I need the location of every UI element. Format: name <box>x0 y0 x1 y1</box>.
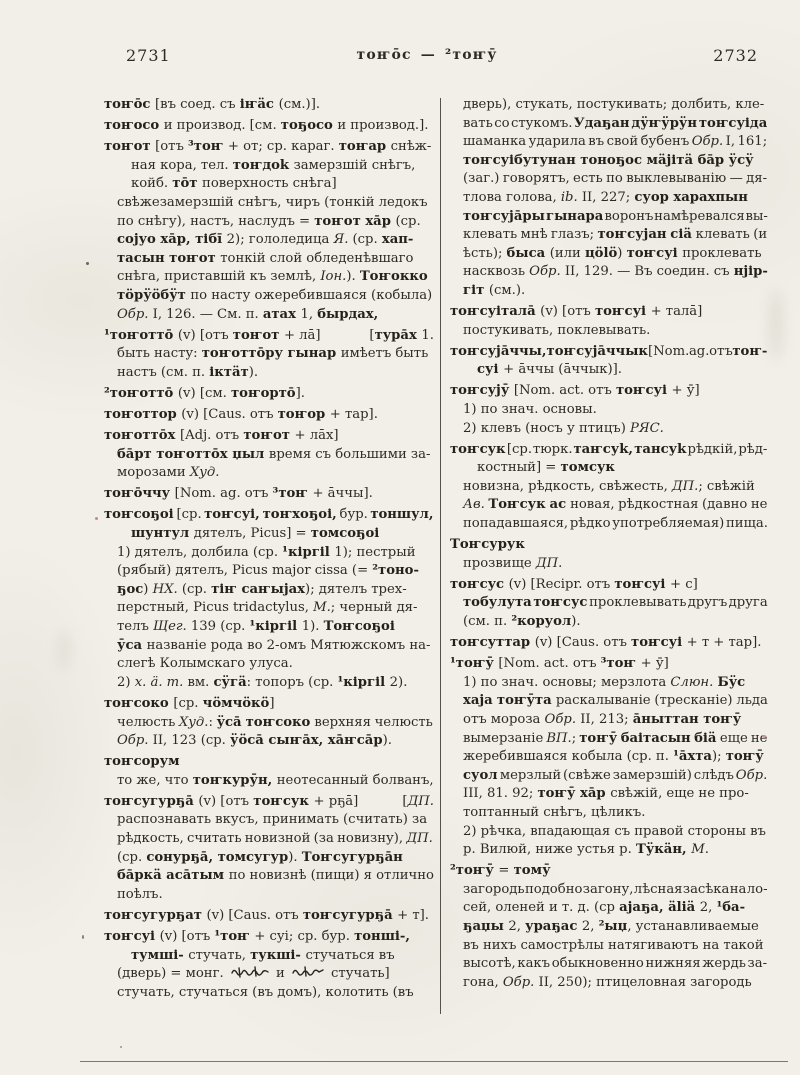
scan-speck <box>95 517 98 520</box>
text-line: тумші- стучать, тукші- стучаться въ <box>104 947 434 966</box>
catchword: [ДП. <box>402 793 434 812</box>
dictionary-entry-line: тоҥсус (v) [Recipr. отъ тоҥсуі + с] <box>450 576 768 595</box>
text-line: то же, что тоҥкурӯн, неотесанный болванъ… <box>104 772 434 791</box>
text-line: (заг.) говорятъ, есть по выклевыванію — … <box>450 170 768 189</box>
dictionary-entry-line: тоҥо̄ччу [Nom. ag. отъ ³тоҥ + а̄ччы]. <box>104 485 434 504</box>
text-line: свѣжезамерзшій снѣгъ, чиръ (тонкій ледок… <box>104 194 434 213</box>
text-line: шунтул дятелъ, Picus] = томсоҕоі <box>104 525 434 544</box>
text-line: ӯса названіе рода во 2-омъ Мятюжскомъ на… <box>104 637 434 656</box>
dictionary-entry-line: тоҥотто̄х [Adj. отъ тоҥот + ла̄х] <box>104 427 434 446</box>
text-line: тасын тоҥот тонкій слой обледенѣвшаго <box>104 250 434 269</box>
dictionary-entry-line: тоҥсуттар (v) [Caus. отъ тоҥсуі + т + та… <box>450 634 768 653</box>
text-line: жеребившаяся кобыла (ср. п. ¹а̄хта); тоҥ… <box>450 748 768 767</box>
dictionary-entry-line: ²тоҥӯ = томӯ <box>450 862 768 881</box>
text-columns: тоҥо̄с [въ соед. съ іҥӓс (см.)].тоҥосо и… <box>104 96 768 1014</box>
dictionary-entry-line: тоҥосо и производ. [см. тоҕосо и произво… <box>104 117 434 136</box>
text-line: высотѣ, какъ обыкновенно нижняя жердь за… <box>450 955 768 974</box>
text-line: (рябый) дятелъ, Picus major cissa (= ²то… <box>104 562 434 581</box>
scan-stain <box>768 290 784 360</box>
text-line: дверь), стукать, постукивать; долбить, к… <box>450 96 768 115</box>
column-divider <box>440 98 441 1014</box>
text-line: прозвище ДП. <box>450 555 768 574</box>
text-line: настъ (см. п. іктӓт). <box>104 364 434 383</box>
page-number-left: 2731 <box>126 46 171 65</box>
text-line: снѣга, приставшій къ землѣ, Іон.). Тоҥок… <box>104 268 434 287</box>
page-number-right: 2732 <box>713 46 758 65</box>
dictionary-entry-line: ²тоҥотто̄ (v) [см. тоҥорто̄]. <box>104 385 434 404</box>
text-line: быть насту: тоҥотто̄ру гынар имѣетъ быть <box>104 345 434 364</box>
scan-stain <box>58 630 70 670</box>
text-line: вымерзаніе ВП.; тоҥӯ баітасын біӓ еще не <box>450 730 768 749</box>
dictionary-entry-line: ¹тоҥотто̄ (v) [отъ тоҥот + ла̄][тура̄х 1… <box>104 327 434 346</box>
text-line: шаманка ударила въ свой бубенъ Обр. I, 1… <box>450 133 768 152</box>
text-line: попадавшаяся, рѣдко употребляемая) пища. <box>450 515 768 534</box>
column-left: тоҥо̄с [въ соед. съ іҥӓс (см.)].тоҥосо и… <box>104 96 434 1014</box>
text-line: ѣсть); быса (или цӧlӧ) тоҥсуі проклевать <box>450 245 768 264</box>
text-line: клевать мнѣ глазъ; тоҥсуjан сіӓ клевать … <box>450 226 768 245</box>
text-line: ная кора, тел. тоҥдоk замерзшій снѣгъ, <box>104 157 434 176</box>
text-line: въ нихъ самострѣлы натягиваютъ на такой <box>450 937 768 956</box>
text-line: ҕос) НХ. (ср. тіҥ саҥыjах); дятелъ трех- <box>104 581 434 600</box>
text-line: гона, Обр. II, 250); птицеловная загород… <box>450 974 768 993</box>
dictionary-entry-line: тоҥсоҕоі [ср. тоҥсуі, тоҥхоҕоі, бур. тон… <box>104 506 434 525</box>
text-line: III, 81. 92; тоҥӯ ха̄р свѣжій, еще не пр… <box>450 785 768 804</box>
text-line: хаjа тоҥӯта раскалываніе (тресканіе) льд… <box>450 692 768 711</box>
text-line: р. Вилюй, ниже устья р. Тӱкӓн, М. <box>450 841 768 860</box>
text-line: 2) рѣчка, впадающая съ правой стороны въ <box>450 823 768 842</box>
dictionary-entry-line: тоҥсоко [ср. чӧмчӧкӧ] <box>104 695 434 714</box>
dictionary-entry-line: тоҥот [отъ ³тоҥ + от; ср. караг. тоҥар с… <box>104 138 434 157</box>
text-line: ба̄рт тоҥотто̄х џыл время съ большими за… <box>104 446 434 465</box>
text-line: новизна, рѣдкость, свѣжесть, ДП.; свѣжій <box>450 478 768 497</box>
text-line: Обр. I, 126. — См. п. атах 1, бырдах, <box>104 306 434 325</box>
scan-speck <box>86 262 89 265</box>
text-line: телъ Щег. 139 (ср. ¹кіргіl 1). Тоҥсоҕоі <box>104 618 434 637</box>
text-line: рѣдкость, считать новизной (за новизну),… <box>104 830 434 849</box>
dictionary-entry-line: тоҥсуjӯ [Nom. act. отъ тоҥсуі + ӯ] <box>450 382 768 401</box>
text-line: тлова голова, ib. II, 227; суор харахпын <box>450 189 768 208</box>
page-header: 2731 тоҥо̄с — ²тоҥӯ 2732 <box>96 46 758 68</box>
text-line: тӧрӱӧбӱт по насту ожеребившаяся (кобыла) <box>104 287 434 306</box>
text-line: 1) по знач. основы. <box>450 401 768 420</box>
text-line: челюсть Худ.: ӱса̄ тоҥсоко верхняя челюс… <box>104 714 434 733</box>
text-line: вать со стукомъ. Удаҕан дӱҥӱрӱн тоҥсуіда <box>450 115 768 134</box>
text-line: (см. п. ²коруол). <box>450 613 768 632</box>
text-line: суол мерзлый (свѣже замерзшій) слѣдъ Обр… <box>450 767 768 786</box>
text-line: (ср. сонурҕа̄, томсугур). Тоҥсугурҕа̄н <box>104 849 434 868</box>
text-line: (дверь) = монг. и стучать] <box>104 965 434 984</box>
text-line: стучать, стучаться (въ домъ), колотить (… <box>104 984 434 1003</box>
text-line: тоҥсуібутунан тоноҕос мӓjітӓ ба̄р ӱсӱ <box>450 152 768 171</box>
text-line: 2) клевъ (носъ у птицъ) РЯС. <box>450 420 768 439</box>
text-line: 1) по знач. основы; мерзлота Слюн. Бӱс <box>450 674 768 693</box>
text-line: 2) х. ӓ. т. вм. сӱгӓ: топоръ (ср. ¹кіргі… <box>104 674 434 693</box>
dictionary-entry-line: Тоҥсурук <box>450 536 768 555</box>
text-line: сей, оленей и т. д. (ср аjаҕа, ӓliӓ 2, ¹… <box>450 899 768 918</box>
text-line: костный] = томсук <box>450 459 768 478</box>
text-line: отъ мороза Обр. II, 213; а̄ныттан тоҥӯ <box>450 711 768 730</box>
text-line: Ав. Тоҥсук ас новая, рѣдкостная (давно н… <box>450 496 768 515</box>
text-line: морозами Худ. <box>104 464 434 483</box>
text-line: ҕаџы 2, ураҕас 2, ²ыџ, устанавливаемые <box>450 918 768 937</box>
text-line: Обр. II, 123 (ср. ӱӧса̄ сыҥа̄х, ха̄ҥса̄р… <box>104 732 434 751</box>
text-line: тобулута тоҥсус проклевывать другъ друга <box>450 594 768 613</box>
text-line: гіт (см.). <box>450 282 768 301</box>
scan-speck <box>82 935 84 939</box>
dictionary-entry-line: тоҥсорум <box>104 753 434 772</box>
dictionary-entry-line: ¹тоҥӯ [Nom. act. отъ ³тоҥ + ӯ] <box>450 655 768 674</box>
text-line: перстный, Picus tridactylus, М.; черный … <box>104 599 434 618</box>
dictionary-entry-line: тоҥсуjа̄ччы, тоҥсуjа̄ччык [Nom. ag. отъ … <box>450 343 768 362</box>
dictionary-entry-line: тоҥсуі (v) [отъ ¹тоҥ + суі; ср. бур. тон… <box>104 928 434 947</box>
scan-speck <box>120 1046 122 1048</box>
running-head: тоҥо̄с — ²тоҥӯ <box>356 47 497 63</box>
dictionary-entry-line: тоҥо̄с [въ соед. съ іҥӓс (см.)]. <box>104 96 434 115</box>
text-line: 1) дятелъ, долбила (ср. ¹кіргіl 1); пест… <box>104 544 434 563</box>
dictionary-entry-line: тоҥсугурҕат (v) [Caus. отъ тоҥсугурҕа̄ +… <box>104 907 434 926</box>
text-line: тоҥсуjа̄ры гынара воронъ намѣревался вы- <box>450 208 768 227</box>
text-line: топтанный снѣгъ, цѣликъ. <box>450 804 768 823</box>
text-line: слегѣ Колымскаго улуса. <box>104 655 434 674</box>
text-line: соjуо ха̄р, тібі̄ 2); гололедица Я. (ср.… <box>104 231 434 250</box>
bottom-rule <box>80 1061 788 1062</box>
text-line: суі + а̄ччы (а̄ччык)]. <box>450 361 768 380</box>
dictionary-entry-line: тоҥсугурҕа̄ (v) [отъ тоҥсук + рҕа̄][ДП. <box>104 793 434 812</box>
text-line: загородь подобно загону, лѣсная засѣка н… <box>450 881 768 900</box>
text-line: распознавать вкусъ, принимать (считать) … <box>104 811 434 830</box>
text-line: по снѣгу), настъ, наслудъ = тоҥот ха̄р (… <box>104 213 434 232</box>
catchword: [тура̄х 1. <box>369 327 434 346</box>
text-line: ба̄ркӓ аса̄тым по новизнѣ (пищи) я отлич… <box>104 867 434 886</box>
dictionary-entry-line: тоҥоттор (v) [Caus. отъ тоҥор + тар]. <box>104 406 434 425</box>
text-line: поѣлъ. <box>104 886 434 905</box>
dictionary-entry-line: тоҥсук [ср. тюрк. таҥсуk, тансуk рѣдкій,… <box>450 441 768 460</box>
text-line: постукивать, поклевывать. <box>450 322 768 341</box>
dictionary-entry-line: тоҥсуітала̄ (v) [отъ тоҥсуі + тала̄] <box>450 303 768 322</box>
text-line: насквозь Обр. II, 129. — Въ соедин. съ н… <box>450 263 768 282</box>
scan-speck <box>762 735 766 738</box>
column-right: дверь), стукать, постукивать; долбить, к… <box>450 96 768 1014</box>
text-line: койб. то̄т поверхность снѣга] <box>104 175 434 194</box>
